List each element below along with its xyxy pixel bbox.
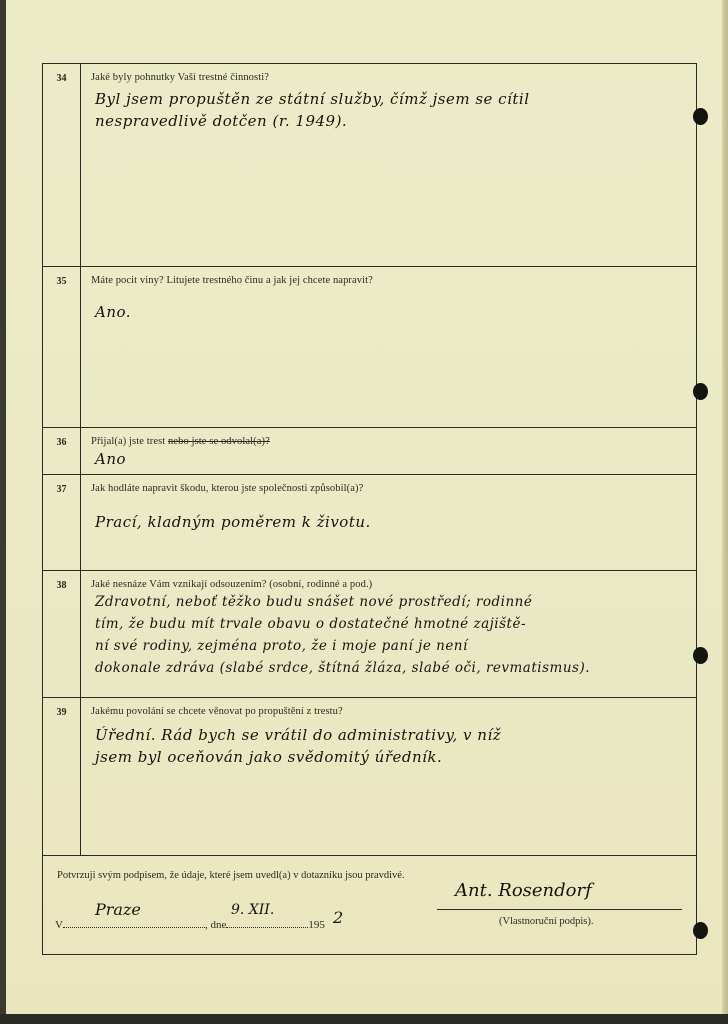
answer-line: Úřední. Rád bych se vrátil do administra… — [95, 724, 501, 746]
binder-hole — [693, 922, 708, 939]
question-text: Jaké byly pohnutky Vaší trestné činnosti… — [91, 72, 269, 83]
binder-hole — [693, 108, 708, 125]
signature-line — [437, 909, 682, 910]
declaration-text: Potvrzuji svým podpisem, že údaje, které… — [57, 870, 405, 881]
question-number: 37 — [43, 475, 81, 570]
answer-line: tím, že budu mít trvale obavu o dostateč… — [95, 613, 590, 635]
answer-line: jsem byl oceňován jako svědomitý úředník… — [95, 746, 501, 768]
question-number: 35 — [43, 267, 81, 427]
answer-line: Byl jsem propuštěn ze státní služby, čím… — [95, 88, 530, 110]
question-number: 39 — [43, 698, 81, 855]
question-row-35: 35 Máte pocit viny? Litujete trestného č… — [43, 267, 696, 428]
answer-handwritten: Ano. — [95, 301, 131, 323]
question-row-37: 37 Jak hodláte napravit škodu, kterou js… — [43, 475, 696, 571]
signature-label: (Vlastnoruční podpis). — [499, 916, 594, 927]
date-prefix: , dne — [205, 919, 226, 931]
question-text: Přijal(a) jste trest nebo jste se odvola… — [91, 436, 270, 447]
date-dotted-line — [226, 927, 308, 928]
scan-edge-right — [722, 0, 728, 1024]
question-number: 38 — [43, 571, 81, 697]
question-row-34: 34 Jaké byly pohnutky Vaší trestné činno… — [43, 64, 696, 267]
answer-handwritten: Byl jsem propuštěn ze státní služby, čím… — [95, 88, 530, 132]
question-text-main: Přijal(a) jste trest — [91, 436, 165, 447]
answer-handwritten: Zdravotní, neboť těžko budu snášet nové … — [95, 591, 590, 679]
answer-line: Prací, kladným poměrem k životu. — [95, 511, 371, 533]
date-handwritten: 9. XII. — [231, 902, 274, 918]
answer-handwritten: Úřední. Rád bych se vrátil do administra… — [95, 724, 501, 768]
answer-handwritten: Ano — [95, 448, 126, 470]
answer-line: Zdravotní, neboť těžko budu snášet nové … — [95, 591, 590, 613]
question-row-39: 39 Jakému povolání se chcete věnovat po … — [43, 698, 696, 856]
question-row-36: 36 Přijal(a) jste trest nebo jste se odv… — [43, 428, 696, 475]
question-number: 36 — [43, 428, 81, 474]
answer-line: dokonale zdráva (slabé srdce, štítná žlá… — [95, 657, 590, 679]
questionnaire-form: 34 Jaké byly pohnutky Vaší trestné činno… — [42, 63, 697, 955]
year-handwritten: 2 — [333, 908, 343, 927]
signature: Ant. Rosendorf — [455, 880, 592, 901]
question-text: Jaké nesnáze Vám vznikají odsouzením? (o… — [91, 579, 372, 590]
question-text: Jak hodláte napravit škodu, kterou jste … — [91, 483, 363, 494]
answer-line: Ano — [95, 448, 126, 470]
answer-line: nespravedlivě dotčen (r. 1949). — [95, 110, 530, 132]
binder-hole — [693, 383, 708, 400]
place-date-line: V, dne195 — [55, 919, 325, 931]
year-prefix: 195 — [308, 919, 325, 931]
answer-line: ní své rodiny, zejména proto, že i moje … — [95, 635, 590, 657]
scan-edge-bottom — [0, 1014, 728, 1024]
answer-handwritten: Prací, kladným poměrem k životu. — [95, 511, 371, 533]
place-prefix: V — [55, 919, 63, 931]
question-text: Jakému povolání se chcete věnovat po pro… — [91, 706, 343, 717]
place-dotted-line — [63, 927, 205, 928]
question-number: 34 — [43, 64, 81, 266]
declaration-section: Potvrzuji svým podpisem, že údaje, které… — [43, 856, 696, 953]
place-handwritten: Praze — [95, 900, 141, 919]
binder-hole — [693, 647, 708, 664]
question-row-38: 38 Jaké nesnáze Vám vznikají odsouzením?… — [43, 571, 696, 698]
question-text-struck: nebo jste se odvolal(a)? — [168, 436, 270, 447]
question-text: Máte pocit viny? Litujete trestného činu… — [91, 275, 373, 286]
answer-line: Ano. — [95, 301, 131, 323]
